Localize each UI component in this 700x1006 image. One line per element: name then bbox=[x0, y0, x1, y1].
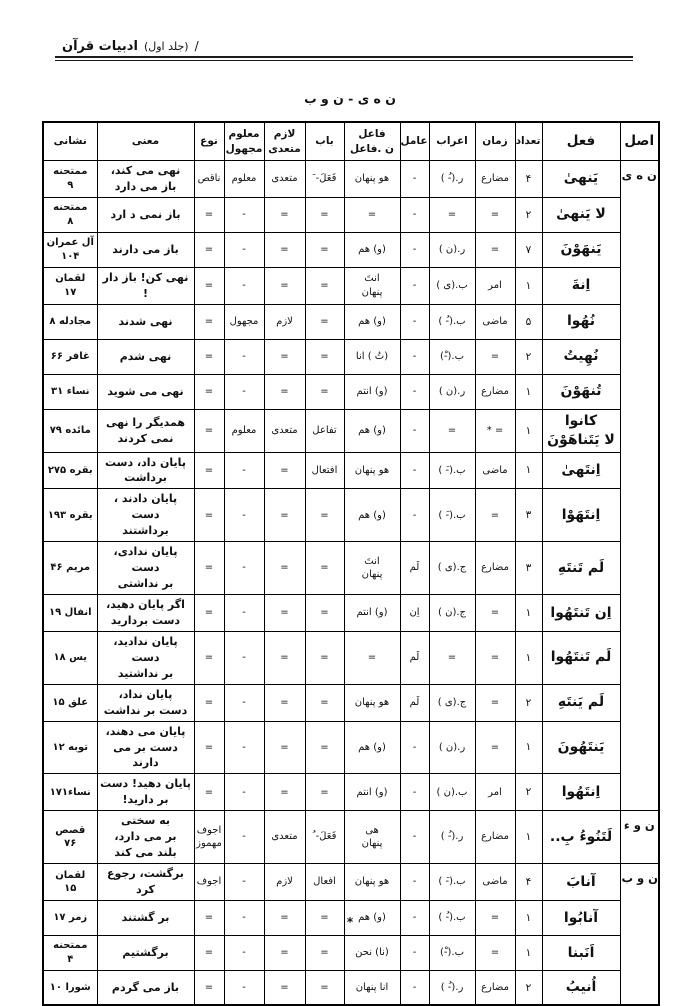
book-page: { "page_header": { "book_title": "ادبیات… bbox=[0, 0, 700, 966]
cell-mani: پایان دهید! دست بر دارید! bbox=[97, 774, 194, 811]
cell-fel: لَتَنُوءُ بِ.. bbox=[542, 811, 620, 864]
cell-noe: = bbox=[194, 339, 224, 374]
cell-fel: نُهِیتُ bbox=[542, 339, 620, 374]
cell-tedad: ۱ bbox=[515, 935, 542, 970]
cell-lazem: = bbox=[264, 489, 305, 542]
cell-fel: اِن تَنتَهُوا bbox=[542, 595, 620, 632]
cell-fael: (و) هم bbox=[344, 489, 400, 542]
cell-erab: ب.(-َ ) bbox=[429, 452, 475, 489]
cell-bab: = bbox=[305, 197, 344, 232]
cell-majhul: - bbox=[224, 339, 264, 374]
cell-majhul: - bbox=[224, 197, 264, 232]
cell-erab: ر.(-ُ ) bbox=[429, 161, 475, 198]
cell-noe: = bbox=[194, 452, 224, 489]
cell-amel: - bbox=[400, 409, 429, 452]
cell-mani: نهی شدم bbox=[97, 339, 194, 374]
table-row: لا یَنهیٰ۲==-===-=باز نمی د اردممتحنه ۸ bbox=[43, 197, 659, 232]
table-row: یَنهَوْنَ۷=ر.(ن )-(و) هم==-=باز می دارند… bbox=[43, 232, 659, 267]
cell-tedad: ۲ bbox=[515, 774, 542, 811]
cell-amel: - bbox=[400, 811, 429, 864]
cell-tedad: ۱ bbox=[515, 811, 542, 864]
cell-bab: = bbox=[305, 595, 344, 632]
cell-mani: پایان می دهند، دست بر می دارند bbox=[97, 721, 194, 774]
cell-amel: - bbox=[400, 774, 429, 811]
cell-neshani: بقره ۲۷۵ bbox=[43, 452, 97, 489]
cell-lazem: = bbox=[264, 970, 305, 1005]
cell-noe: = bbox=[194, 721, 224, 774]
cell-erab: ر.(ن ) bbox=[429, 232, 475, 267]
cell-amel: - bbox=[400, 489, 429, 542]
cell-noe: = bbox=[194, 267, 224, 304]
cell-root: ن و ب bbox=[620, 864, 659, 1006]
cell-erab: = bbox=[429, 631, 475, 684]
cell-neshani: علق ۱۵ bbox=[43, 684, 97, 721]
cell-mani: باز می گردم bbox=[97, 970, 194, 1005]
cell-lazem: = bbox=[264, 267, 305, 304]
cell-tedad: ۳ bbox=[515, 542, 542, 595]
cell-amel: - bbox=[400, 935, 429, 970]
cell-erab: ب.(-ُ ) bbox=[429, 304, 475, 339]
column-header-asl: اصل bbox=[620, 122, 659, 161]
cell-fel: اُنیبُ bbox=[542, 970, 620, 1005]
cell-neshani: نساء ۳۱ bbox=[43, 374, 97, 409]
cell-fel: اِنتَهَوْا bbox=[542, 489, 620, 542]
cell-bab: = bbox=[305, 542, 344, 595]
cell-bab: = bbox=[305, 935, 344, 970]
cell-tedad: ۲ bbox=[515, 684, 542, 721]
cell-zaman: = bbox=[475, 595, 515, 632]
column-header-amel: عامل bbox=[400, 122, 429, 161]
cell-fael: (تُ ) انا bbox=[344, 339, 400, 374]
cell-tedad: ۲ bbox=[515, 970, 542, 1005]
column-header-fel: فعل bbox=[542, 122, 620, 161]
cell-neshani: غافر ۶۶ bbox=[43, 339, 97, 374]
cell-fael: (و) هم bbox=[344, 721, 400, 774]
cell-fael: (نا) نحن bbox=[344, 935, 400, 970]
table-row: نُهِیتُ۲=ب.(-ْ)-(تُ ) انا==-=نهی شدمغافر… bbox=[43, 339, 659, 374]
table-row: نُهُوا۵ماضیب.(-ُ )-(و) هم=لازممجهول=نهی … bbox=[43, 304, 659, 339]
table-row: اُنیبُ۲مضارعر.(-ُ )-انا پنهان==-=باز می … bbox=[43, 970, 659, 1005]
cell-majhul: - bbox=[224, 811, 264, 864]
cell-erab: ب.(-ْ) bbox=[429, 339, 475, 374]
table-row: لَم تَنتَهُوا۱==لَم===-=پایان ندادید، دس… bbox=[43, 631, 659, 684]
table-row: اِنتَهَوْا۳=ب.(-َ )-(و) هم==-=پایان دادن… bbox=[43, 489, 659, 542]
cell-erab: ب.(-ْ) bbox=[429, 935, 475, 970]
cell-amel: - bbox=[400, 267, 429, 304]
table-row: اِن تَنتَهُوا۱=ج.(ن )اِن(و) انتم==-=اگر … bbox=[43, 595, 659, 632]
cell-mani: پایان ندادید، دست بر نداشتید bbox=[97, 631, 194, 684]
cell-fael: = bbox=[344, 197, 400, 232]
cell-erab: ب.(-َ ) bbox=[429, 489, 475, 542]
cell-tedad: ۱ bbox=[515, 409, 542, 452]
cell-noe: = bbox=[194, 232, 224, 267]
cell-fel: کانوا لا یَتَناهَوْنَ bbox=[542, 409, 620, 452]
cell-neshani: لقمان ۱۵ bbox=[43, 864, 97, 901]
cell-lazem: = bbox=[264, 452, 305, 489]
cell-tedad: ۲ bbox=[515, 197, 542, 232]
cell-zaman: = bbox=[475, 721, 515, 774]
cell-fael: هو پنهان bbox=[344, 161, 400, 198]
cell-zaman: = bbox=[475, 489, 515, 542]
cell-amel: - bbox=[400, 161, 429, 198]
cell-mani: نهی شدند bbox=[97, 304, 194, 339]
cell-erab: ر.(ن ) bbox=[429, 374, 475, 409]
cell-mani: برگشت، رجوع کرد bbox=[97, 864, 194, 901]
table-row: لَم یَنتَهِ۲=ج.(ی )لَمهو پنهان==-=پایان … bbox=[43, 684, 659, 721]
page-number-separator: / bbox=[195, 39, 199, 53]
cell-fel: لا یَنهیٰ bbox=[542, 197, 620, 232]
cell-zaman: = bbox=[475, 339, 515, 374]
cell-majhul: - bbox=[224, 631, 264, 684]
cell-majhul: - bbox=[224, 774, 264, 811]
cell-fael: هو پنهان bbox=[344, 452, 400, 489]
cell-mani: باز نمی د ارد bbox=[97, 197, 194, 232]
cell-mani: به سختی بر می دارد، بلند می کند bbox=[97, 811, 194, 864]
cell-erab: ب.(-َ ) bbox=[429, 864, 475, 901]
cell-zaman: = bbox=[475, 631, 515, 684]
cell-lazem: = bbox=[264, 774, 305, 811]
cell-neshani: ممتحنه ۴ bbox=[43, 935, 97, 970]
cell-neshani: ممتحنه ۹ bbox=[43, 161, 97, 198]
cell-majhul: - bbox=[224, 489, 264, 542]
cell-noe: ناقص bbox=[194, 161, 224, 198]
cell-tedad: ۱ bbox=[515, 452, 542, 489]
cell-noe: = bbox=[194, 970, 224, 1005]
cell-erab: ج.(ی ) bbox=[429, 684, 475, 721]
cell-neshani: لقمان ۱۷ bbox=[43, 267, 97, 304]
cell-erab: = bbox=[429, 409, 475, 452]
cell-fel: لَم تَنتَهُوا bbox=[542, 631, 620, 684]
cell-fel: اَنَبنا bbox=[542, 935, 620, 970]
cell-neshani: بقره ۱۹۳ bbox=[43, 489, 97, 542]
cell-amel: - bbox=[400, 374, 429, 409]
section-title: ن ه ی - ن و ب bbox=[0, 91, 700, 106]
cell-tedad: ۱ bbox=[515, 595, 542, 632]
cell-lazem: = bbox=[264, 232, 305, 267]
cell-zaman: = bbox=[475, 684, 515, 721]
cell-fel: آنابَ bbox=[542, 864, 620, 901]
cell-majhul: معلوم bbox=[224, 161, 264, 198]
cell-neshani: مجادله ۸ bbox=[43, 304, 97, 339]
cell-neshani: نساء۱۷۱ bbox=[43, 774, 97, 811]
cell-mani: پایان داد، دست برداشت bbox=[97, 452, 194, 489]
cell-fel: یَنهیٰ bbox=[542, 161, 620, 198]
cell-erab: ر.(-ُ ) bbox=[429, 811, 475, 864]
cell-tedad: ۱ bbox=[515, 374, 542, 409]
cell-amel: لَم bbox=[400, 631, 429, 684]
cell-fael: (و) هم bbox=[344, 232, 400, 267]
cell-fael: (و) انتم bbox=[344, 374, 400, 409]
cell-zaman: امر bbox=[475, 774, 515, 811]
cell-zaman: مضارع bbox=[475, 374, 515, 409]
cell-neshani: توبه ۱۲ bbox=[43, 721, 97, 774]
cell-noe: = bbox=[194, 935, 224, 970]
cell-fel: لَم یَنتَهِ bbox=[542, 684, 620, 721]
cell-bab: = bbox=[305, 774, 344, 811]
cell-zaman: مضارع bbox=[475, 161, 515, 198]
cell-erab: ر.(ن ) bbox=[429, 721, 475, 774]
cell-fael: هو پنهان bbox=[344, 864, 400, 901]
cell-noe: = bbox=[194, 197, 224, 232]
cell-tedad: ۳ bbox=[515, 489, 542, 542]
cell-fel: تُنهَوْنَ bbox=[542, 374, 620, 409]
cell-zaman: مضارع bbox=[475, 970, 515, 1005]
cell-amel: اِن bbox=[400, 595, 429, 632]
column-header-bab: باب bbox=[305, 122, 344, 161]
footer-asterisk: * bbox=[0, 915, 700, 929]
cell-amel: لَم bbox=[400, 684, 429, 721]
cell-lazem: لازم bbox=[264, 304, 305, 339]
cell-tedad: ۱ bbox=[515, 721, 542, 774]
table-body: ن ه ییَنهیٰ۴مضارعر.(-ُ )-هو پنهانفَعَلَ-… bbox=[43, 161, 659, 1006]
cell-amel: - bbox=[400, 339, 429, 374]
cell-amel: - bbox=[400, 197, 429, 232]
cell-zaman: ماضی bbox=[475, 864, 515, 901]
cell-neshani: قصص ۷۶ bbox=[43, 811, 97, 864]
cell-majhul: - bbox=[224, 864, 264, 901]
cell-amel: - bbox=[400, 721, 429, 774]
cell-bab: فَعَلَ- ُ bbox=[305, 811, 344, 864]
cell-mani: پایان نداد، دست بر نداشت bbox=[97, 684, 194, 721]
cell-bab: تفاعل bbox=[305, 409, 344, 452]
cell-noe: اجوف bbox=[194, 864, 224, 901]
cell-majhul: - bbox=[224, 935, 264, 970]
cell-zaman: ماضی bbox=[475, 452, 515, 489]
cell-amel: لَم bbox=[400, 542, 429, 595]
cell-majhul: مجهول bbox=[224, 304, 264, 339]
cell-mani: باز می دارند bbox=[97, 232, 194, 267]
column-header-fael: فاعل ن .فاعل bbox=[344, 122, 400, 161]
cell-noe: = bbox=[194, 542, 224, 595]
cell-lazem: متعدی bbox=[264, 811, 305, 864]
cell-noe: = bbox=[194, 304, 224, 339]
column-header-neshani: نشانی bbox=[43, 122, 97, 161]
table-row: تُنهَوْنَ۱مضارعر.(ن )-(و) انتم==-=نهی می… bbox=[43, 374, 659, 409]
column-header-majhul: معلوم مجهول bbox=[224, 122, 264, 161]
book-title: ادبیات قرآن bbox=[62, 39, 138, 54]
cell-erab: ب.(ن ) bbox=[429, 774, 475, 811]
cell-fael: انتَ پنهان bbox=[344, 267, 400, 304]
cell-bab: = bbox=[305, 232, 344, 267]
cell-majhul: - bbox=[224, 374, 264, 409]
cell-tedad: ۷ bbox=[515, 232, 542, 267]
column-header-lazem: لازم متعدی bbox=[264, 122, 305, 161]
cell-lazem: = bbox=[264, 542, 305, 595]
cell-fel: اِنتَهیٰ bbox=[542, 452, 620, 489]
column-header-noe: نوع bbox=[194, 122, 224, 161]
cell-mani: پایان ندادی، دست بر نداشتی bbox=[97, 542, 194, 595]
cell-fel: نُهُوا bbox=[542, 304, 620, 339]
cell-bab: = bbox=[305, 489, 344, 542]
cell-fel: اِنةَ bbox=[542, 267, 620, 304]
cell-fael: (و) هم bbox=[344, 409, 400, 452]
cell-erab: ر.(-ُ ) bbox=[429, 970, 475, 1005]
cell-noe: اجوف مهموز bbox=[194, 811, 224, 864]
cell-neshani: انفال ۱۹ bbox=[43, 595, 97, 632]
cell-erab: ج.(ی ) bbox=[429, 542, 475, 595]
cell-lazem: = bbox=[264, 374, 305, 409]
cell-amel: - bbox=[400, 452, 429, 489]
cell-lazem: = bbox=[264, 631, 305, 684]
cell-mani: اگر پایان دهید، دست بردارید bbox=[97, 595, 194, 632]
cell-majhul: - bbox=[224, 970, 264, 1005]
cell-root: ن ه ی bbox=[620, 161, 659, 811]
table-row: یَنتَهُونَ۱=ر.(ن )-(و) هم==-=پایان می ده… bbox=[43, 721, 659, 774]
cell-majhul: معلوم bbox=[224, 409, 264, 452]
cell-amel: - bbox=[400, 232, 429, 267]
cell-noe: = bbox=[194, 595, 224, 632]
cell-bab: = bbox=[305, 631, 344, 684]
table-row: اِنتَهیٰ۱ماضیب.(-َ )-هو پنهانافتعال=-=پا… bbox=[43, 452, 659, 489]
cell-bab: افتعال bbox=[305, 452, 344, 489]
cell-zaman: امر bbox=[475, 267, 515, 304]
cell-majhul: - bbox=[224, 542, 264, 595]
cell-zaman: مضارع bbox=[475, 542, 515, 595]
cell-fael: = bbox=[344, 631, 400, 684]
cell-mani: نهی می کند، باز می دارد bbox=[97, 161, 194, 198]
cell-fael: (و) انتم bbox=[344, 595, 400, 632]
cell-neshani: مریم ۴۶ bbox=[43, 542, 97, 595]
page-header: ادبیات قرآن (جلد اول) / bbox=[62, 39, 199, 54]
cell-fael: (و) انتم bbox=[344, 774, 400, 811]
cell-lazem: = bbox=[264, 595, 305, 632]
cell-noe: = bbox=[194, 409, 224, 452]
cell-fel: اِنتَهُوا bbox=[542, 774, 620, 811]
cell-majhul: - bbox=[224, 452, 264, 489]
cell-erab: = bbox=[429, 197, 475, 232]
cell-bab: = bbox=[305, 721, 344, 774]
cell-mani: برگشتیم bbox=[97, 935, 194, 970]
cell-lazem: متعدی bbox=[264, 409, 305, 452]
cell-majhul: - bbox=[224, 721, 264, 774]
cell-fael: هی پنهان bbox=[344, 811, 400, 864]
conjugation-table: اصلفعلتعدادزماناعرابعاملفاعل ن .فاعلبابل… bbox=[42, 121, 660, 1006]
cell-noe: = bbox=[194, 374, 224, 409]
table-row: اِنةَ۱امرب.(ی )-انتَ پنهان==-=نهی کن! با… bbox=[43, 267, 659, 304]
cell-zaman: مضارع bbox=[475, 811, 515, 864]
table-row: کانوا لا یَتَناهَوْنَ۱= *=-(و) همتفاعلمت… bbox=[43, 409, 659, 452]
table-row: ن و ءلَتَنُوءُ بِ..۱مضارعر.(-ُ )-هی پنها… bbox=[43, 811, 659, 864]
cell-zaman: = bbox=[475, 935, 515, 970]
column-header-tedad: تعداد bbox=[515, 122, 542, 161]
cell-amel: - bbox=[400, 304, 429, 339]
cell-neshani: شورا ۱۰ bbox=[43, 970, 97, 1005]
table-row: اِنتَهُوا۲امرب.(ن )-(و) انتم==-=پایان ده… bbox=[43, 774, 659, 811]
cell-noe: = bbox=[194, 684, 224, 721]
cell-neshani: یس ۱۸ bbox=[43, 631, 97, 684]
table-row: لَم تَنتَهِ۳مضارعج.(ی )لَمانتَ پنهان==-=… bbox=[43, 542, 659, 595]
cell-lazem: لازم bbox=[264, 864, 305, 901]
cell-fael: انا پنهان bbox=[344, 970, 400, 1005]
cell-bab: فَعَلَ- َ bbox=[305, 161, 344, 198]
header-rule bbox=[55, 56, 633, 61]
cell-neshani: مائده ۷۹ bbox=[43, 409, 97, 452]
cell-zaman: ماضی bbox=[475, 304, 515, 339]
table-header-row: اصلفعلتعدادزماناعرابعاملفاعل ن .فاعلبابل… bbox=[43, 122, 659, 161]
cell-fael: انتَ پنهان bbox=[344, 542, 400, 595]
cell-erab: ب.(ی ) bbox=[429, 267, 475, 304]
cell-lazem: = bbox=[264, 721, 305, 774]
cell-fael: (و) هم bbox=[344, 304, 400, 339]
cell-tedad: ۲ bbox=[515, 339, 542, 374]
table-row: ن و بآنابَ۴ماضیب.(-َ )-هو پنهانافعاللازم… bbox=[43, 864, 659, 901]
cell-lazem: = bbox=[264, 684, 305, 721]
cell-amel: - bbox=[400, 864, 429, 901]
column-header-zaman: زمان bbox=[475, 122, 515, 161]
cell-mani: همدیگر را نهی نمی کردند bbox=[97, 409, 194, 452]
cell-majhul: - bbox=[224, 684, 264, 721]
cell-majhul: - bbox=[224, 232, 264, 267]
volume-label: (جلد اول) bbox=[144, 40, 189, 53]
cell-lazem: متعدی bbox=[264, 161, 305, 198]
cell-zaman: = * bbox=[475, 409, 515, 452]
cell-majhul: - bbox=[224, 267, 264, 304]
cell-root: ن و ء bbox=[620, 811, 659, 864]
cell-mani: نهی می شوید bbox=[97, 374, 194, 409]
cell-noe: = bbox=[194, 489, 224, 542]
cell-neshani: ممتحنه ۸ bbox=[43, 197, 97, 232]
cell-tedad: ۱ bbox=[515, 267, 542, 304]
cell-tedad: ۵ bbox=[515, 304, 542, 339]
cell-noe: = bbox=[194, 631, 224, 684]
cell-mani: پایان دادند ، دست برداشتند bbox=[97, 489, 194, 542]
cell-tedad: ۴ bbox=[515, 161, 542, 198]
cell-noe: = bbox=[194, 774, 224, 811]
cell-amel: - bbox=[400, 970, 429, 1005]
table-row: اَنَبنا۱=ب.(-ْ)-(نا) نحن==-=برگشتیمممتحن… bbox=[43, 935, 659, 970]
cell-erab: ج.(ن ) bbox=[429, 595, 475, 632]
cell-bab: = bbox=[305, 267, 344, 304]
column-header-erab: اعراب bbox=[429, 122, 475, 161]
cell-bab: افعال bbox=[305, 864, 344, 901]
cell-tedad: ۴ bbox=[515, 864, 542, 901]
cell-neshani: آل عمران ۱۰۴ bbox=[43, 232, 97, 267]
cell-majhul: - bbox=[224, 595, 264, 632]
cell-fael: هو پنهان bbox=[344, 684, 400, 721]
cell-lazem: = bbox=[264, 935, 305, 970]
cell-tedad: ۱ bbox=[515, 631, 542, 684]
cell-fel: لَم تَنتَهِ bbox=[542, 542, 620, 595]
cell-fel: یَنهَوْنَ bbox=[542, 232, 620, 267]
cell-lazem: = bbox=[264, 197, 305, 232]
cell-lazem: = bbox=[264, 339, 305, 374]
cell-zaman: = bbox=[475, 197, 515, 232]
column-header-mani: معنی bbox=[97, 122, 194, 161]
cell-bab: = bbox=[305, 684, 344, 721]
cell-bab: = bbox=[305, 374, 344, 409]
cell-mani: نهی کن! باز دار ! bbox=[97, 267, 194, 304]
cell-bab: = bbox=[305, 970, 344, 1005]
cell-bab: = bbox=[305, 304, 344, 339]
cell-fel: یَنتَهُونَ bbox=[542, 721, 620, 774]
cell-bab: = bbox=[305, 339, 344, 374]
table-row: ن ه ییَنهیٰ۴مضارعر.(-ُ )-هو پنهانفَعَلَ-… bbox=[43, 161, 659, 198]
cell-zaman: = bbox=[475, 232, 515, 267]
